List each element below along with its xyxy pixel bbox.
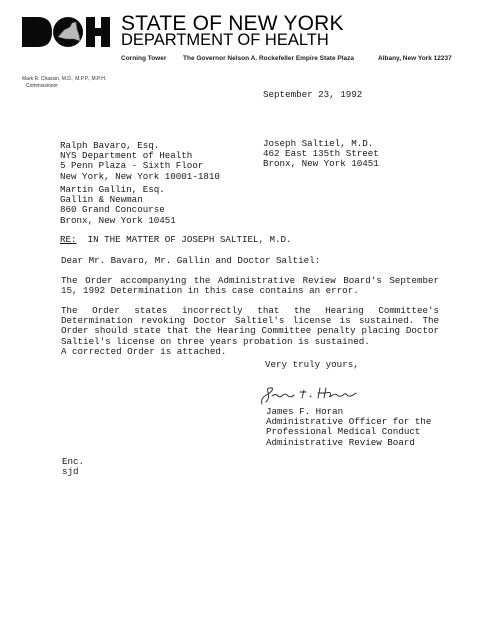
doh-logo <box>22 15 112 49</box>
body-paragraph-2-main: The Order states incorrectly that the He… <box>61 305 439 347</box>
signer-title-line: Administrative Review Board <box>266 438 431 448</box>
body-paragraph-2-last: A corrected Order is attached. <box>61 347 439 357</box>
recipient-line: Bronx, New York 10451 <box>263 159 379 169</box>
recipient-block-bavaro: Ralph Bavaro, Esq. NYS Department of Hea… <box>60 141 220 182</box>
subject-label: RE: <box>60 234 77 245</box>
body-paragraph-1: The Order accompanying the Administrativ… <box>61 276 439 296</box>
handwritten-signature <box>258 384 363 406</box>
commissioner-name: Mark R. Chassin, M.D., M.P.P., M.P.H. <box>22 76 106 82</box>
subject-line: RE: IN THE MATTER OF JOSEPH SALTIEL, M.D… <box>60 235 292 245</box>
signature-icon <box>258 384 363 406</box>
letterhead-address-plaza: The Governor Nelson A. Rockefeller Empir… <box>183 55 354 62</box>
recipient-line: New York, New York 10001-1810 <box>60 172 220 182</box>
body-paragraph-2: The Order states incorrectly that the He… <box>61 306 439 357</box>
letterhead-address-building: Corning Tower <box>121 55 166 62</box>
doh-logo-icon <box>22 15 112 49</box>
letter-date: September 23, 1992 <box>263 90 362 100</box>
recipient-line: Bronx, New York 10451 <box>60 216 176 226</box>
letterhead-subtitle: DEPARTMENT OF HEALTH <box>121 31 329 49</box>
subject-text: IN THE MATTER OF JOSEPH SALTIEL, M.D. <box>88 234 292 245</box>
signature-block: James F. Horan Administrative Officer fo… <box>266 407 431 448</box>
footer-notations: Enc. sjd <box>62 457 84 477</box>
recipient-block-saltiel: Joseph Saltiel, M.D. 462 East 135th Stre… <box>263 139 379 170</box>
salutation: Dear Mr. Bavaro, Mr. Gallin and Doctor S… <box>61 256 320 266</box>
typist-initials: sjd <box>62 467 84 477</box>
letterhead-address-city: Albany, New York 12237 <box>378 55 452 62</box>
closing: Very truly yours, <box>265 360 359 370</box>
recipient-block-gallin: Martin Gallin, Esq. Gallin & Newman 860 … <box>60 185 176 226</box>
commissioner-title: Commissioner <box>26 83 58 89</box>
